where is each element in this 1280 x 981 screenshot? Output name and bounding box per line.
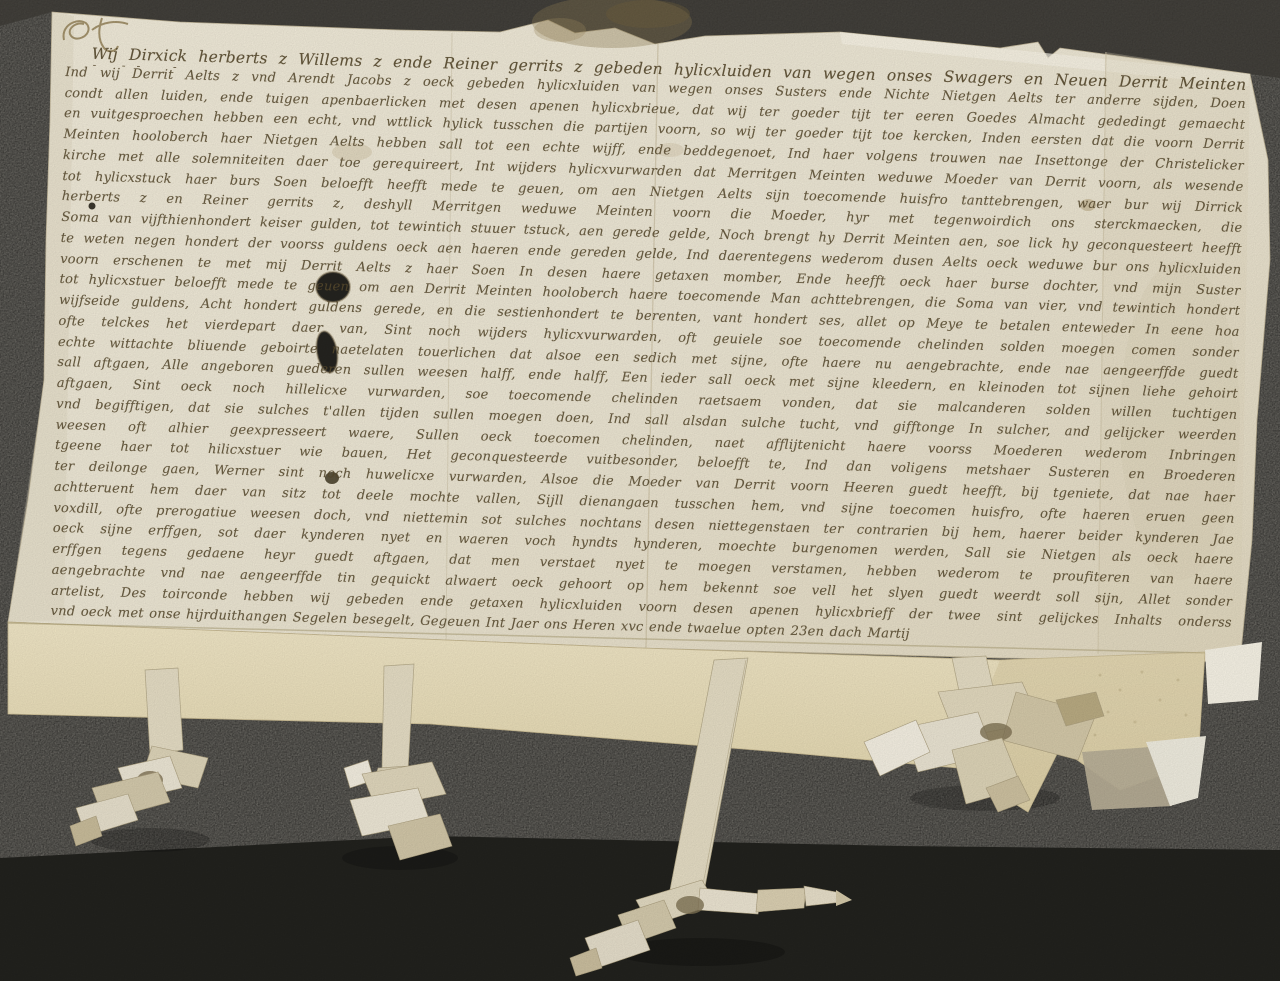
top-edge-stain-dark	[606, 0, 690, 28]
top-edge-stain-light	[534, 18, 586, 42]
black-surface-band	[0, 836, 1280, 981]
photo-of-parchment-charter: Wij Dirxick herberts z Willems z ende Re…	[0, 0, 1280, 981]
manuscript-text-block: Wij Dirxick herberts z Willems z ende Re…	[50, 44, 1246, 657]
